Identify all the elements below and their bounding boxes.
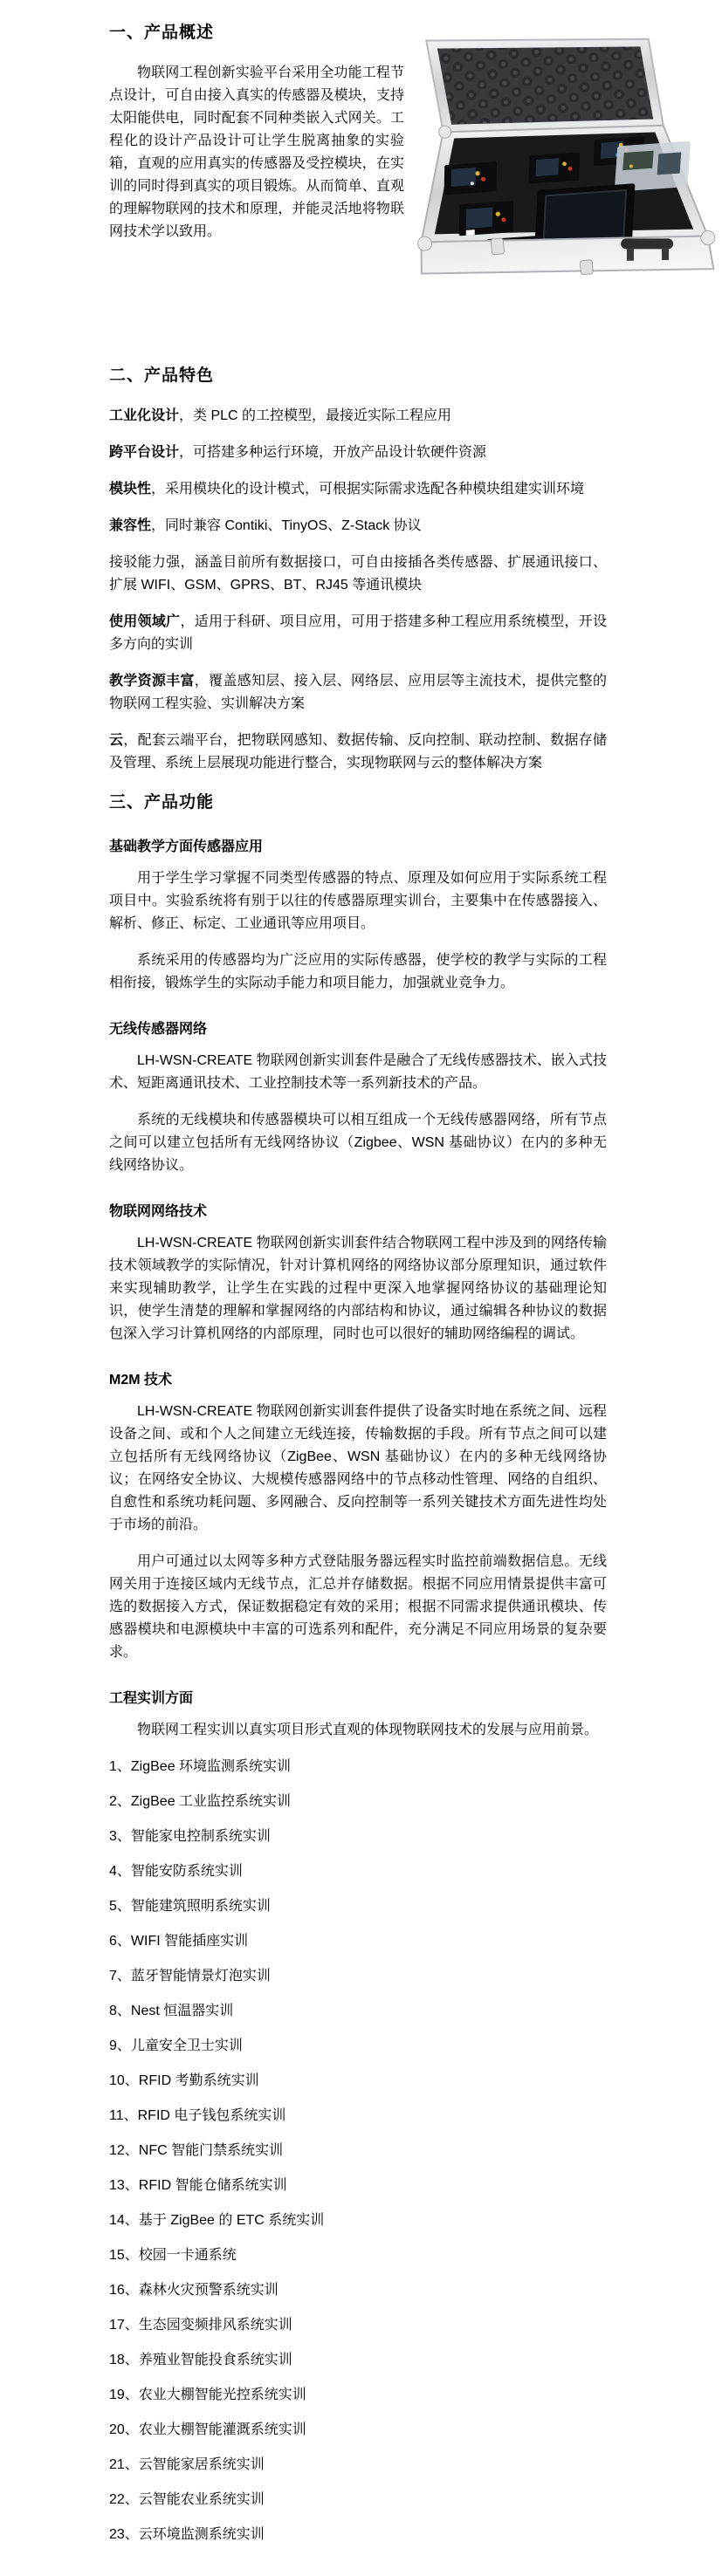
document-page: 一、产品概述 物联网工程创新实验平台采用全功能工程节点设计，可自由接入真实的传感… <box>0 0 722 2576</box>
training-list-item: 3、智能家电控制系统实训 <box>109 1826 607 1848</box>
training-list-item: 11、RFID 电子钱包系统实训 <box>109 2105 607 2127</box>
section-heading-features: 二、产品特色 <box>109 362 607 386</box>
training-list-item: 23、云环境监测系统实训 <box>109 2524 607 2546</box>
feature-item: 教学资源丰富，覆盖感知层、接入层、网络层、应用层等主流技术，提供完整的物联网工程… <box>109 670 607 716</box>
subsection-paragraph: 系统的无线模块和传感器模块可以相互组成一个无线传感器网络，所有节点之间可以建立包… <box>109 1109 607 1177</box>
subsection-title-iot-network: 物联网网络技术 <box>109 1200 607 1220</box>
training-list-item: 18、养殖业智能投食系统实训 <box>109 2349 607 2372</box>
subsection-paragraph: LH-WSN-CREATE 物联网创新实训套件结合物联网工程中涉及到的网络传输技… <box>109 1232 607 1346</box>
subsection-paragraph: LH-WSN-CREATE 物联网创新实训套件是融合了无线传感器技术、嵌入式技术… <box>109 1050 607 1095</box>
feature-item: 接驳能力强，涵盖目前所有数据接口，可自由接插各类传感器、扩展通讯接口、扩展 WI… <box>109 552 607 597</box>
training-list-item: 15、校园一卡通系统 <box>109 2244 607 2267</box>
subsection-paragraph: LH-WSN-CREATE 物联网创新实训套件提供了设备实时地在系统之间、远程设… <box>109 1401 607 1537</box>
training-list-item: 13、RFID 智能仓储系统实训 <box>109 2175 607 2197</box>
training-list-item: 20、农业大棚智能灌溉系统实训 <box>109 2419 607 2442</box>
training-list-item: 2、ZigBee 工业监控系统实训 <box>109 1791 607 1813</box>
product-photo <box>402 26 722 288</box>
training-list-item: 1、ZigBee 环境监测系统实训 <box>109 1756 607 1778</box>
training-list-item: 21、云智能家居系统实训 <box>109 2454 607 2477</box>
feature-item: 兼容性，同时兼容 Contiki、TinyOS、Z-Stack 协议 <box>109 515 607 538</box>
training-list-item: 4、智能安防系统实训 <box>109 1860 607 1883</box>
feature-item: 云，配套云端平台，把物联网感知、数据传输、反向控制、联动控制、数据存储及管理、系… <box>109 730 607 775</box>
training-list-item: 14、基于 ZigBee 的 ETC 系统实训 <box>109 2209 607 2232</box>
feature-item: 跨平台设计，可搭建多种运行环境，开放产品设计软硬件资源 <box>109 442 607 464</box>
subsection-title-m2m: M2M 技术 <box>109 1368 607 1388</box>
product-case-illustration <box>402 26 722 288</box>
training-list-item: 6、WIFI 智能插座实训 <box>109 1930 607 1953</box>
training-list-item: 16、森林火灾预警系统实训 <box>109 2279 607 2302</box>
training-list-item: 12、NFC 智能门禁系统实训 <box>109 2140 607 2162</box>
subsection-title-sensor-teaching: 基础教学方面传感器应用 <box>109 835 607 855</box>
section-heading-functions: 三、产品功能 <box>109 789 607 812</box>
training-list-item: 22、云智能农业系统实训 <box>109 2489 607 2511</box>
training-list-item: 17、生态园变频排风系统实训 <box>109 2314 607 2337</box>
subsection-title-engineering-training: 工程实训方面 <box>109 1687 607 1707</box>
training-list-item: 9、儿童安全卫士实训 <box>109 2035 607 2058</box>
feature-item: 工业化设计，类 PLC 的工控模型，最接近实际工程应用 <box>109 405 607 428</box>
feature-item: 使用领域广，适用于科研、项目应用，可用于搭建多种工程应用系统模型，开设多方向的实… <box>109 611 607 656</box>
subsection-paragraph: 用于学生学习掌握不同类型传感器的特点、原理及如何应用于实际系统工程项目中。实验系… <box>109 867 607 935</box>
training-list-item: 5、智能建筑照明系统实训 <box>109 1895 607 1918</box>
overview-paragraph: 物联网工程创新实验平台采用全功能工程节点设计，可自由接入真实的传感器及模块，支持… <box>109 62 404 243</box>
subsection-paragraph: 系统采用的传感器均为广泛应用的实际传感器，使学校的教学与实际的工程相衔接，锻炼学… <box>109 949 607 995</box>
training-list-item: 8、Nest 恒温器实训 <box>109 2000 607 2023</box>
subsection-title-wsn: 无线传感器网络 <box>109 1017 607 1038</box>
subsection-paragraph: 物联网工程实训以真实项目形式直观的体现物联网技术的发展与应用前景。 <box>109 1719 607 1742</box>
subsection-paragraph: 用户可通过以太网等多种方式登陆服务器远程实时监控前端数据信息。无线网关用于连接区… <box>109 1551 607 1664</box>
training-list-item: 10、RFID 考勤系统实训 <box>109 2070 607 2093</box>
training-projects-list: 1、ZigBee 环境监测系统实训 2、ZigBee 工业监控系统实训 3、智能… <box>109 1756 607 2546</box>
training-list-item: 19、农业大棚智能光控系统实训 <box>109 2384 607 2407</box>
feature-item: 模块性，采用模块化的设计模式，可根据实际需求选配各种模块组建实训环境 <box>109 478 607 501</box>
training-list-item: 7、蓝牙智能情景灯泡实训 <box>109 1965 607 1988</box>
